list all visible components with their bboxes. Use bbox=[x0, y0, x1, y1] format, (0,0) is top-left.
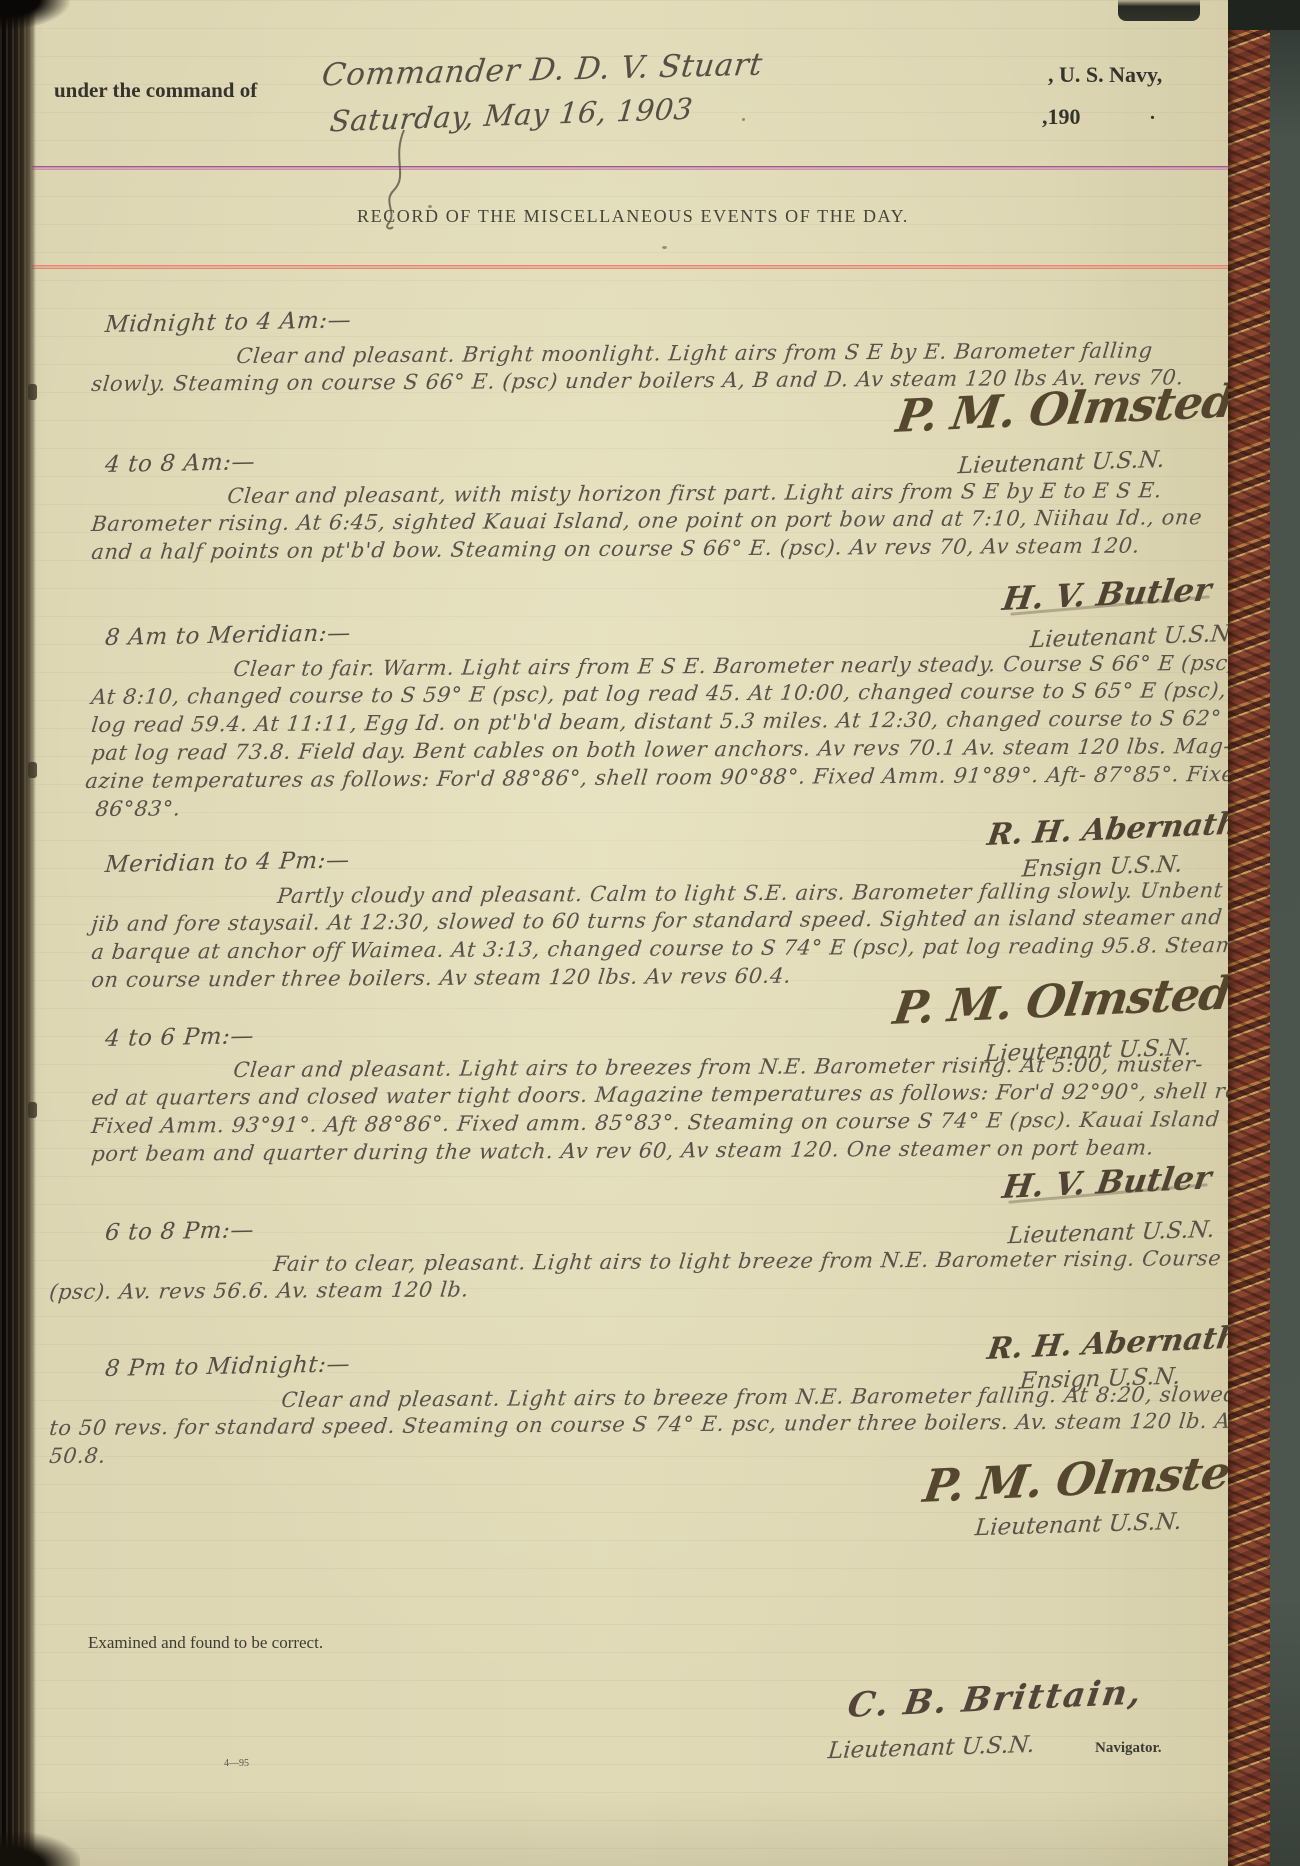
entry-line: port beam and quarter during the watch. … bbox=[90, 1133, 1253, 1168]
navigator-printed-label: Navigator. bbox=[1095, 1740, 1162, 1757]
entry-line: (psc). Av. revs 56.6. Av. steam 120 lb. bbox=[48, 1271, 1253, 1306]
ink-speck bbox=[742, 118, 745, 121]
ruled-line-salmon bbox=[28, 265, 1230, 269]
entry-line: and a half points on pt'b'd bow. Steamin… bbox=[90, 531, 1253, 566]
page-bottom-shade bbox=[0, 1790, 1300, 1866]
binding-corner-top bbox=[0, 0, 70, 30]
section-title: RECORD OF THE MISCELLANEOUS EVENTS OF TH… bbox=[34, 206, 1232, 227]
logbook-scan: under the command of Commander D. D. V. … bbox=[0, 0, 1300, 1866]
entry-heading: Midnight to 4 Am:— bbox=[104, 290, 1252, 338]
commander-name-handwritten: Commander D. D. V. Stuart bbox=[320, 47, 765, 94]
officer-rank: Ensign U.S.N. bbox=[1021, 851, 1184, 882]
navigator-rank: Lieutenant U.S.N. bbox=[827, 1732, 1036, 1765]
ink-flourish bbox=[374, 128, 420, 232]
officer-rank: Lieutenant U.S.N. bbox=[974, 1509, 1183, 1542]
printed-navy-label: , U. S. Navy, bbox=[1048, 62, 1162, 88]
top-right-corner-dark bbox=[1228, 0, 1300, 30]
ruled-line-purple bbox=[28, 166, 1230, 171]
page-edge-mark bbox=[28, 762, 37, 778]
ink-speck bbox=[428, 205, 432, 208]
page-edge-mark bbox=[28, 1102, 37, 1118]
printed-command-prefix: under the command of bbox=[54, 78, 257, 103]
log-entry-8am-meridian: 8 Am to Meridian:— Clear to fair. Warm. … bbox=[90, 625, 1250, 823]
binding-edge bbox=[0, 0, 36, 1866]
printed-year-label: ,190 bbox=[1042, 104, 1081, 130]
binding-corner-bottom bbox=[0, 1832, 80, 1866]
officer-rank: Ensign U.S.N. bbox=[1019, 1363, 1182, 1394]
marbled-fore-edge bbox=[1228, 0, 1270, 1866]
examined-note: Examined and found to be correct. bbox=[88, 1633, 323, 1653]
background-strip bbox=[1270, 0, 1300, 1866]
logbook-page: under the command of Commander D. D. V. … bbox=[0, 0, 1300, 1866]
page-edge-mark bbox=[28, 384, 37, 400]
top-right-notch bbox=[1118, 0, 1200, 21]
ink-speck bbox=[662, 246, 667, 249]
printed-year-period: . bbox=[1150, 102, 1155, 125]
navigator-signature: C. B. Brittain, bbox=[845, 1672, 1146, 1726]
form-number: 4—95 bbox=[224, 1758, 249, 1769]
